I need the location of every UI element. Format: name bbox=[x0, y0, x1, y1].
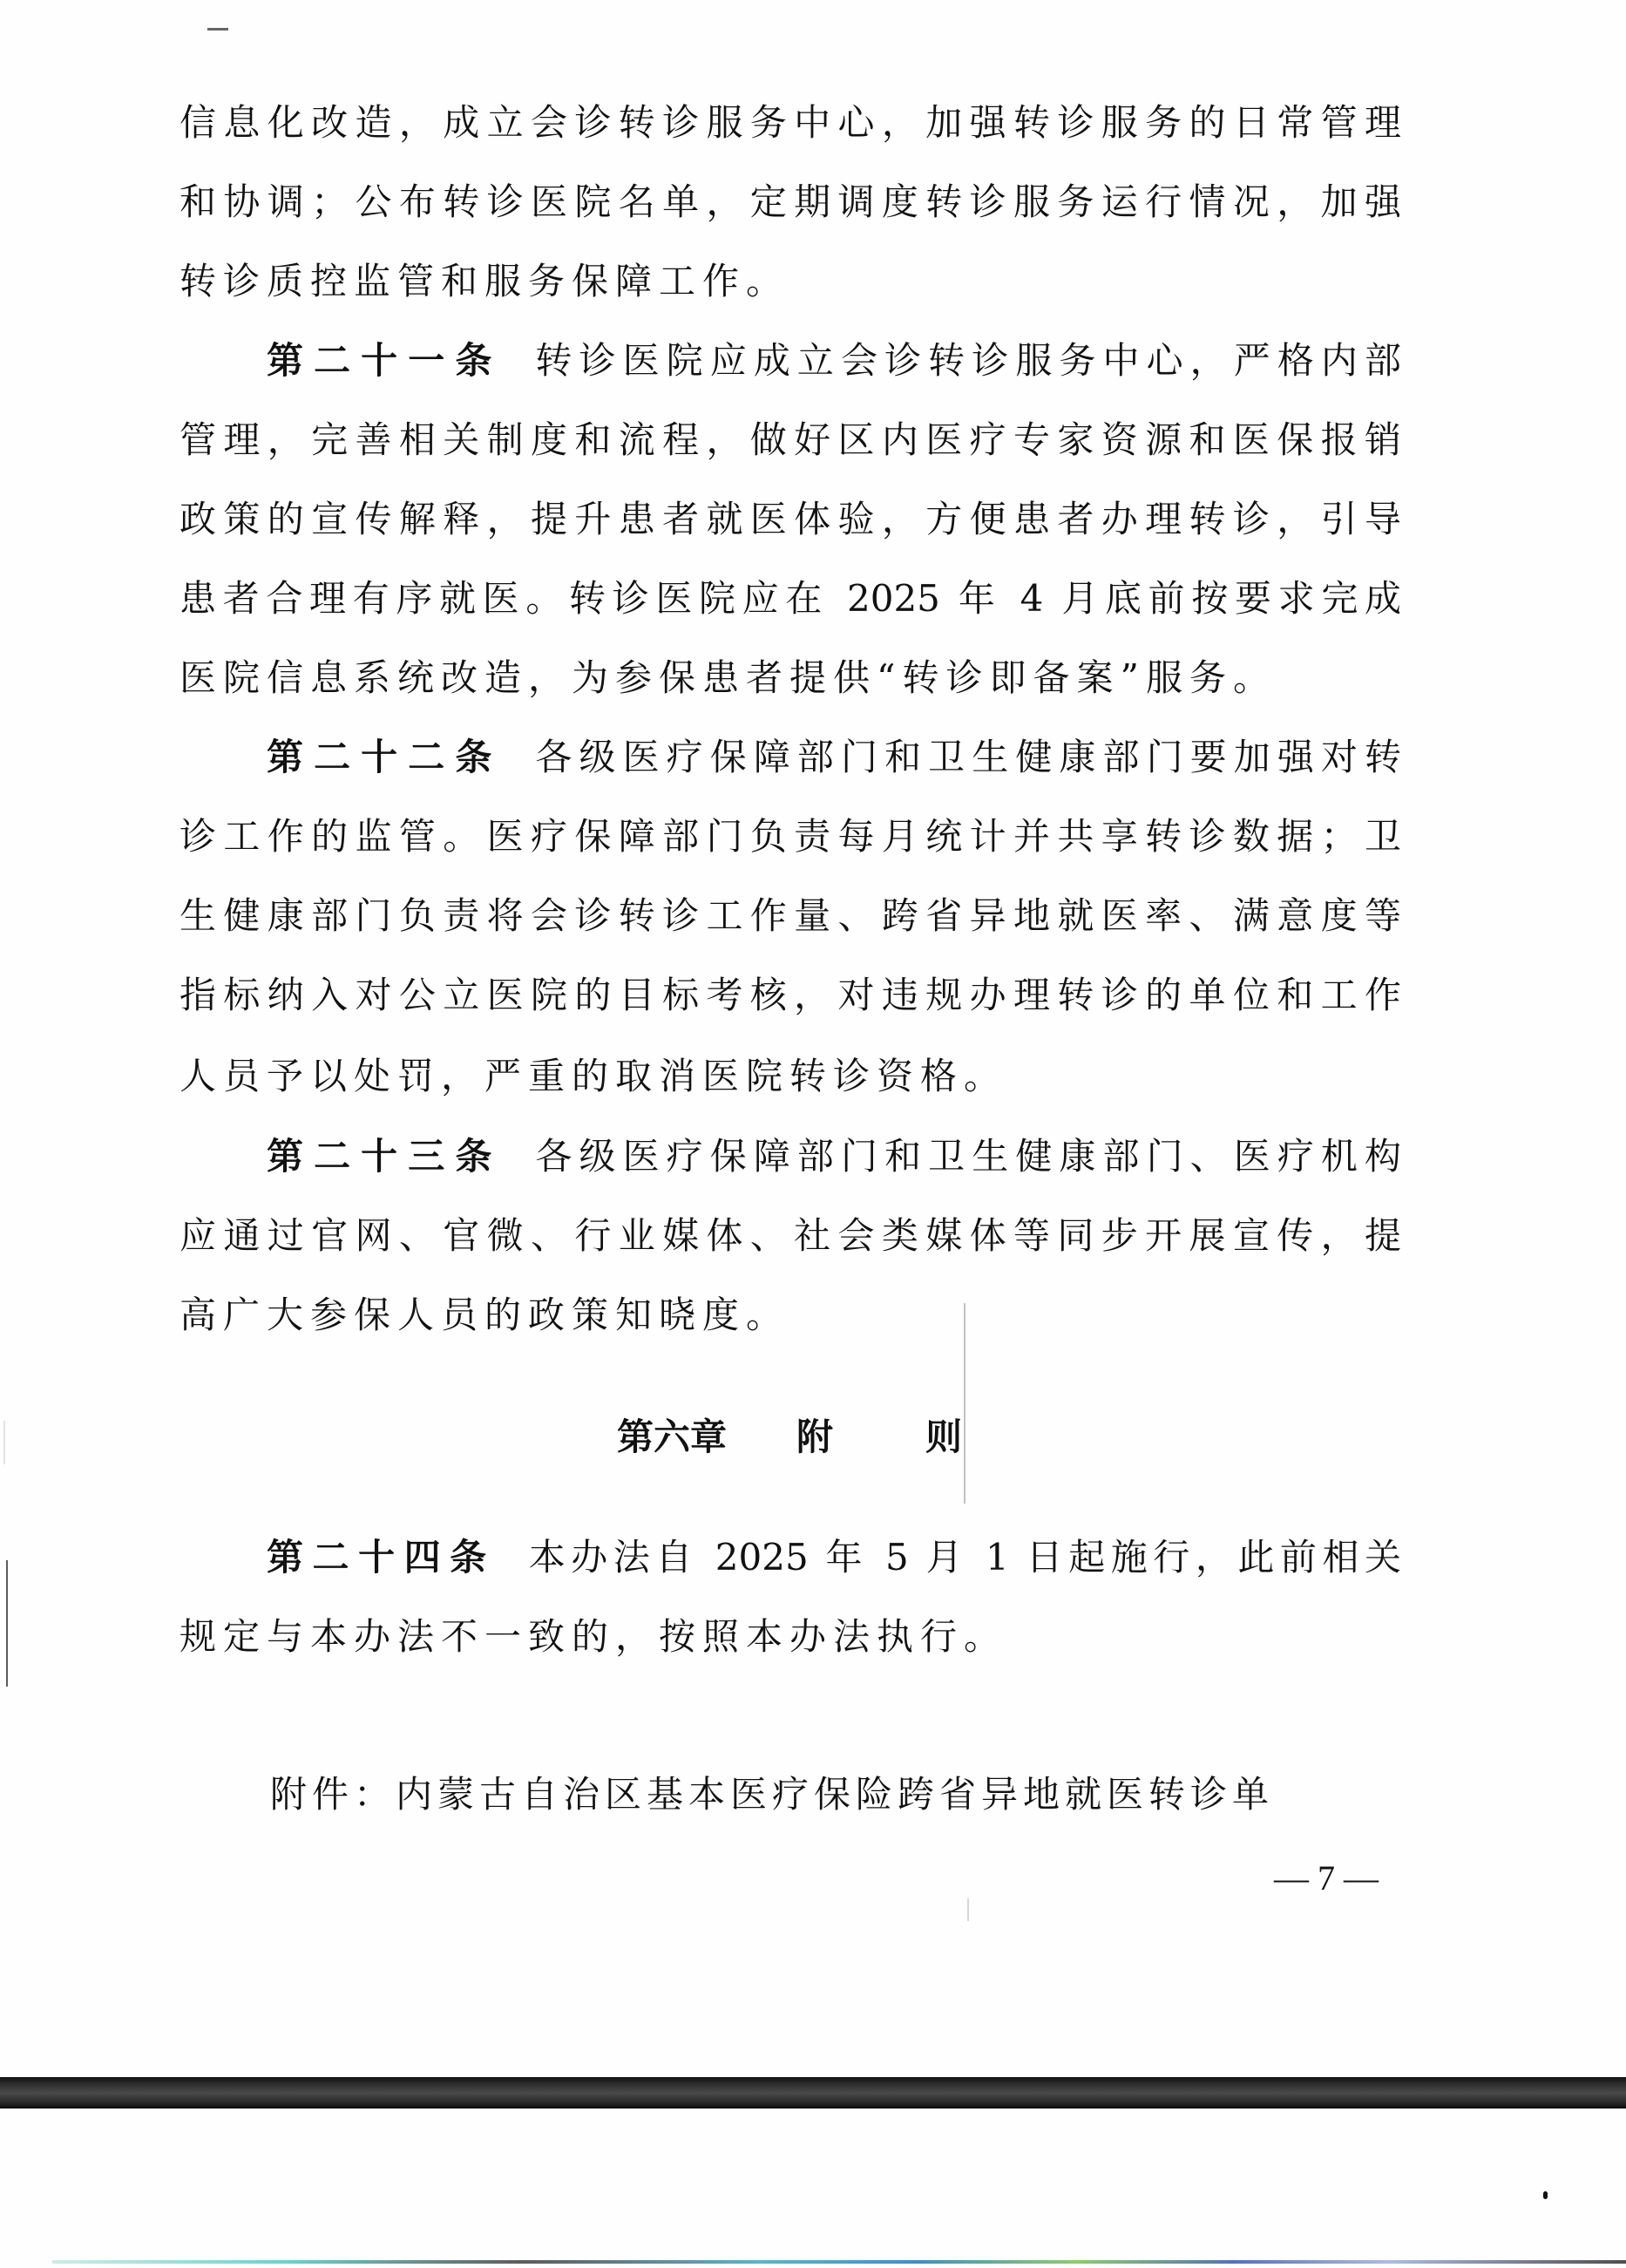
article-24-heading: 第二十四条 bbox=[267, 1536, 496, 1579]
chapter-title-part-2: 则 bbox=[925, 1416, 962, 1459]
top-mark bbox=[207, 28, 228, 31]
paragraph-line: 高广大参保人员的政策知晓度。 bbox=[180, 1295, 1401, 1335]
article-21-heading: 第二十一条 bbox=[267, 339, 502, 382]
paragraph-line: 指标纳入对公立医院的目标考核，对违规办理转诊的单位和工作 bbox=[180, 975, 1401, 1015]
article-23-text: 各级医疗保障部门和卫生健康部门、医疗机构 bbox=[535, 1135, 1401, 1178]
scan-artifact-left-edge bbox=[3, 1421, 5, 1464]
paragraph-line: 应通过官网、官微、行业媒体、社会类媒体等同步开展宣传，提 bbox=[180, 1216, 1401, 1256]
page-number: — 7 — bbox=[1248, 1858, 1405, 1898]
paragraph-line: 规定与本办法不一致的，按照本办法执行。 bbox=[180, 1617, 1401, 1657]
article-23-first-line: 第二十三条各级医疗保障部门和卫生健康部门、医疗机构 bbox=[267, 1137, 1401, 1177]
chapter-number: 第六章 bbox=[617, 1416, 727, 1459]
scan-artifact-vertical-line bbox=[967, 1898, 969, 1921]
paragraph-line: 患者合理有序就医。转诊医院应在 2025 年 4 月底前按要求完成 bbox=[180, 579, 1401, 619]
scan-artifact-vertical-line bbox=[964, 1303, 965, 1504]
scan-artifact-left-edge bbox=[6, 1560, 8, 1687]
paragraph-line: 管理，完善相关制度和流程，做好区内医疗专家资源和医保报销 bbox=[180, 420, 1401, 460]
paragraph-line: 政策的宣传解释，提升患者就医体验，方便患者办理转诊，引导 bbox=[180, 499, 1401, 540]
scanner-dark-band bbox=[0, 2077, 1626, 2108]
scanned-document-page: 信息化改造，成立会诊转诊服务中心，加强转诊服务的日常管理 和协调；公布转诊医院名… bbox=[0, 0, 1626, 2268]
paragraph-line: 人员予以处罚，严重的取消医院转诊资格。 bbox=[180, 1056, 1401, 1097]
paragraph-line: 转诊质控监管和服务保障工作。 bbox=[180, 261, 1401, 302]
scan-dot bbox=[1543, 2191, 1548, 2199]
article-22-text: 各级医疗保障部门和卫生健康部门要加强对转 bbox=[535, 736, 1401, 778]
paragraph-line: 和协调；公布转诊医院名单，定期调度转诊服务运行情况，加强 bbox=[180, 182, 1401, 222]
scanner-bottom-strip bbox=[52, 2260, 1626, 2264]
attachment-note: 附件：内蒙古自治区基本医疗保险跨省异地就医转诊单 bbox=[270, 1775, 1316, 1815]
paragraph-line: 信息化改造，成立会诊转诊服务中心，加强转诊服务的日常管理 bbox=[180, 103, 1401, 143]
article-22-first-line: 第二十二条各级医疗保障部门和卫生健康部门要加强对转 bbox=[267, 737, 1401, 778]
article-22-heading: 第二十二条 bbox=[267, 736, 502, 778]
chapter-title-part-1: 附 bbox=[796, 1416, 833, 1459]
article-21-text: 转诊医院应成立会诊转诊服务中心，严格内部 bbox=[535, 339, 1401, 382]
paragraph-line: 医院信息系统改造，为参保患者提供“转诊即备案”服务。 bbox=[180, 658, 1401, 698]
paragraph-line: 生健康部门负责将会诊转诊工作量、跨省异地就医率、满意度等 bbox=[180, 896, 1401, 936]
article-21-first-line: 第二十一条转诊医院应成立会诊转诊服务中心，严格内部 bbox=[267, 341, 1401, 381]
article-23-heading: 第二十三条 bbox=[267, 1135, 502, 1178]
article-24-text: 本办法自 2025 年 5 月 1 日起施行，此前相关 bbox=[529, 1536, 1401, 1579]
paragraph-line: 诊工作的监管。医疗保障部门负责每月统计并共享转诊数据；卫 bbox=[180, 817, 1401, 857]
article-24-first-line: 第二十四条本办法自 2025 年 5 月 1 日起施行，此前相关 bbox=[267, 1538, 1401, 1578]
